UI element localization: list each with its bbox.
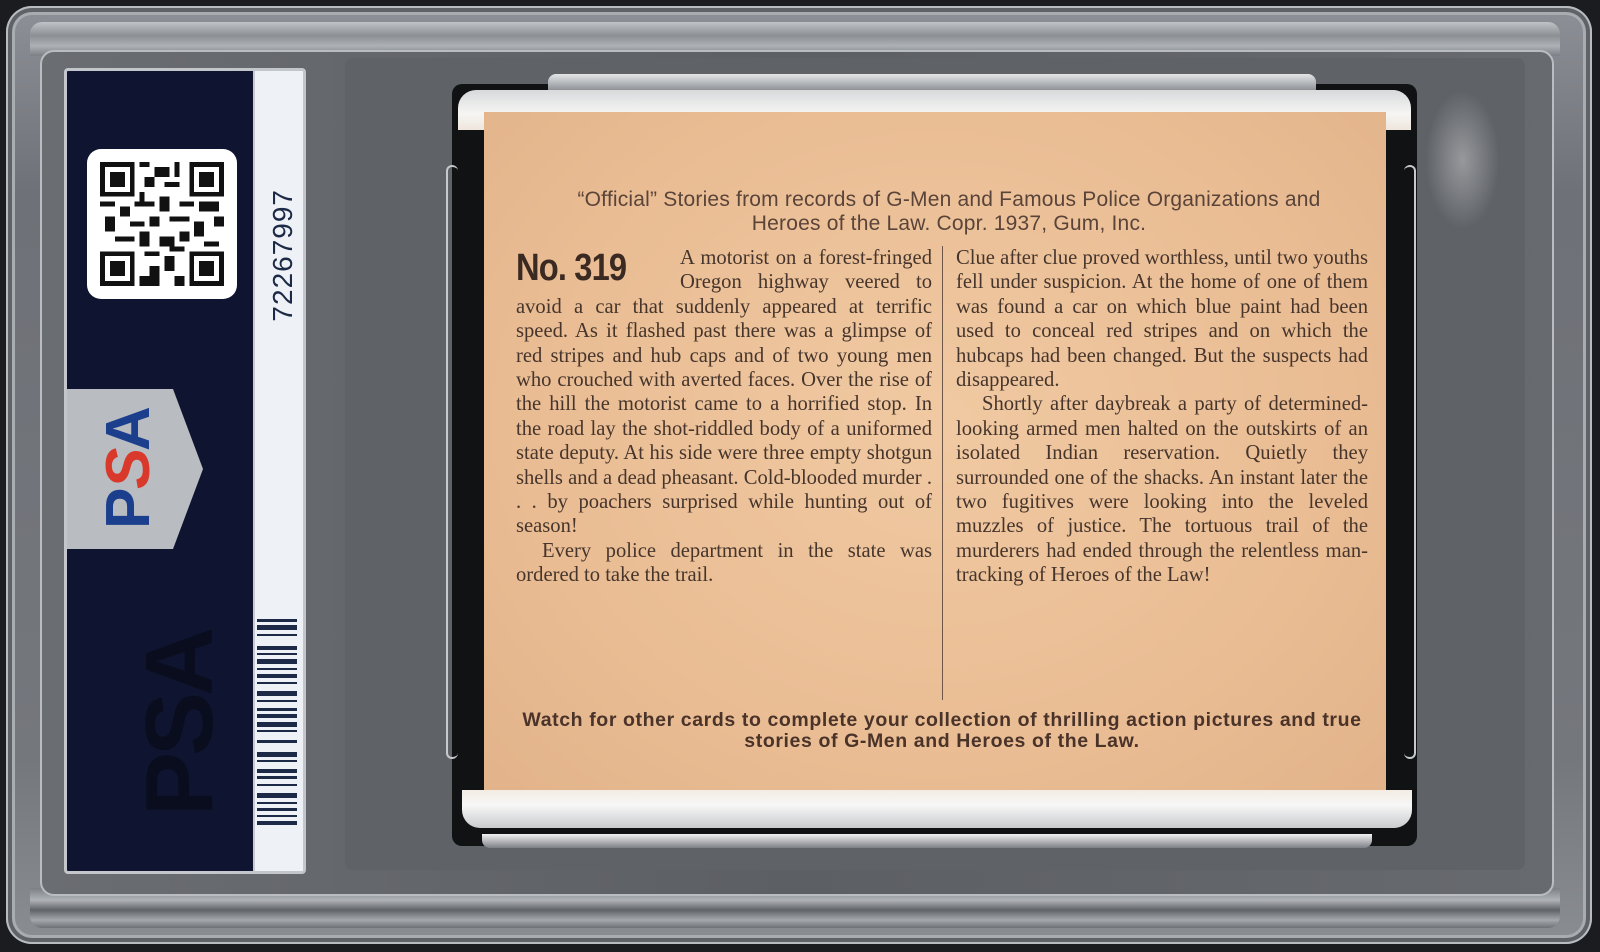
column-divider	[942, 246, 943, 700]
story-right-paragraph-2: Shortly after daybreak a party of determ…	[956, 392, 1368, 587]
psa-logo-badge: P S A	[67, 389, 203, 549]
qr-code-icon[interactable]	[87, 149, 237, 299]
sleeve-ridge-bottom	[482, 834, 1372, 848]
holder-clip-left	[446, 165, 458, 759]
card-number: No. 319	[516, 246, 645, 290]
barcode-icon	[257, 619, 297, 827]
cert-number: 72267997	[267, 189, 299, 322]
sleeve-ridge-top	[548, 74, 1316, 90]
psa-logo-text: P	[94, 488, 163, 529]
slab-glare	[1425, 90, 1500, 230]
grading-label: P S A PSA 72267997	[64, 68, 306, 874]
story-column-right: Clue after clue proved worthless, until …	[956, 246, 1368, 588]
psa-watermark: PSA	[125, 631, 235, 816]
card-header: “Official” Stories from records of G-Men…	[554, 188, 1344, 236]
svg-text:A: A	[94, 406, 163, 451]
story-left-paragraph-2: Every police department in the state was…	[516, 539, 932, 588]
svg-text:S: S	[94, 448, 163, 489]
holder-clip-right	[1404, 165, 1416, 759]
story-column-left: No. 319 A motorist on a forest-fringed O…	[516, 246, 932, 588]
story-right-paragraph-1: Clue after clue proved worthless, until …	[956, 246, 1368, 392]
trading-card-back: “Official” Stories from records of G-Men…	[484, 112, 1386, 802]
card-footer: Watch for other cards to complete your c…	[514, 710, 1370, 752]
sleeve-bottom	[462, 790, 1412, 828]
label-strip: 72267997	[253, 71, 303, 871]
